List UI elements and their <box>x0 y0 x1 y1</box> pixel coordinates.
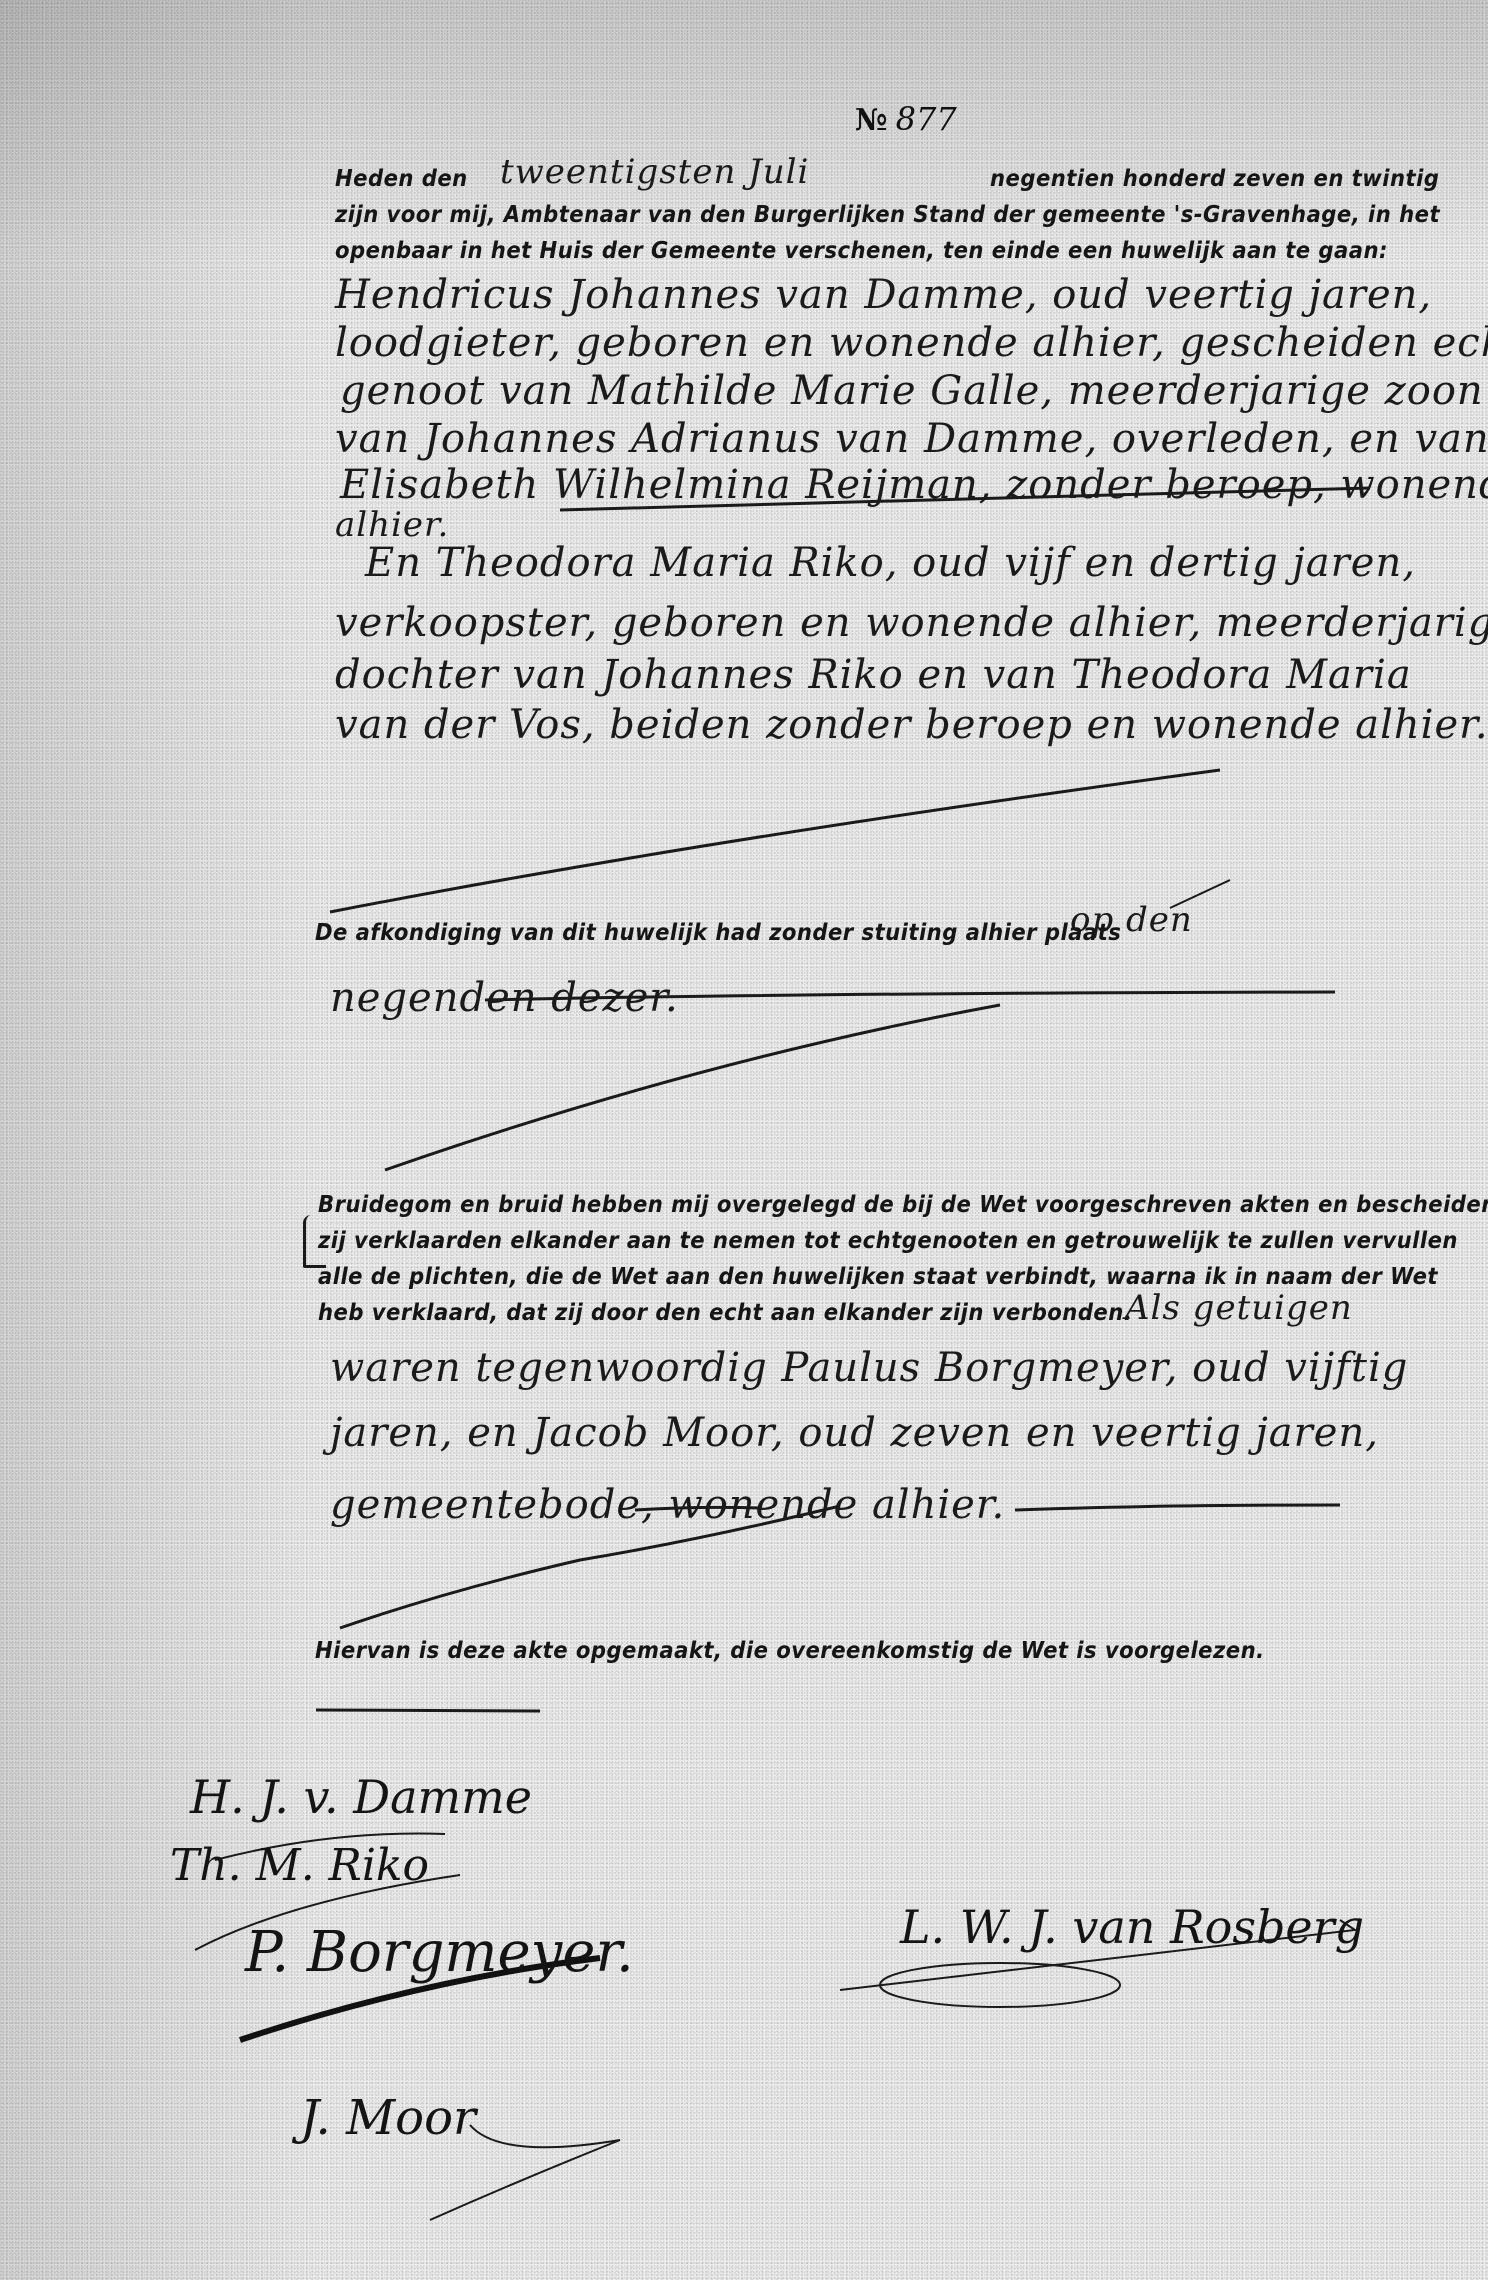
marriage-certificate-page: №877 Heden den tweentigsten Juli negenti… <box>0 0 1488 2280</box>
signature-witness-2: J. Moor <box>300 2090 476 2146</box>
signature-groom: H. J. v. Damme <box>190 1770 532 1824</box>
signature-bride: Th. M. Riko <box>170 1840 429 1891</box>
signature-witness-1: P. Borgmeyer. <box>245 1920 634 1985</box>
signature-official: L. W. J. van Rosberg <box>900 1900 1364 1954</box>
